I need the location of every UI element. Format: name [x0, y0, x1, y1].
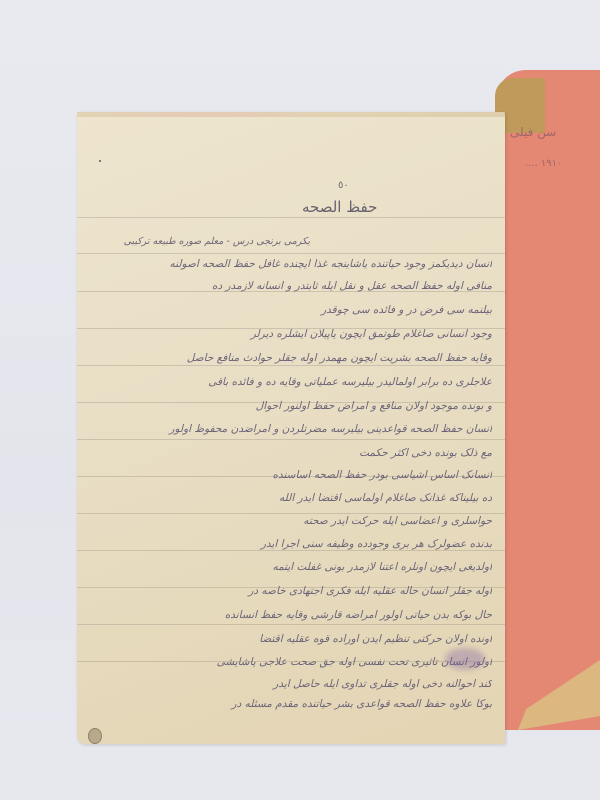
text-line: وقایه حفظ الصحه بشریت ایچون مهمدر اوله ج…	[82, 352, 492, 364]
text-line: بدنده عضولرک هر بری وجودده وظیفه سنی اجر…	[82, 538, 492, 550]
subtitle-line: یکرمی برنجی درس - معلم صوره طبیعه ترکیبی	[110, 236, 310, 247]
text-line: منافی اوله حفظ الصحه عقل و نقل ایله ثابت…	[82, 280, 492, 292]
ruled-line	[77, 365, 505, 366]
ruled-line	[77, 513, 505, 514]
text-line: بوکا علاوه حفظ الصحه قواعدی بشر حیاتنده …	[82, 698, 492, 710]
worn-corner	[88, 728, 102, 744]
text-line: اولور انسان تاثیری تحت نفسی اوله جق صحت …	[82, 656, 492, 668]
text-line: کند احوالنه دخی اوله جقلری تداوی ایله حا…	[82, 678, 492, 690]
text-line: حواسلری و اعضاسی ایله حرکت ایدر صحته	[82, 515, 492, 527]
ink-stain	[445, 648, 485, 670]
text-line: اوله جقلر انسان حاله عقلیه ایله فکری اجت…	[82, 585, 492, 597]
ink-dot	[99, 160, 101, 162]
text-line: انسانک اساس اشیاسی بودر حفظ الصحه اساسند…	[82, 469, 492, 481]
text-line: انسان حفظ الصحه قواعدینی بیلیرسه مضرتلرد…	[82, 423, 492, 435]
text-line: علاجلری ده برابر اولمالیدر بیلیرسه عملیا…	[82, 376, 492, 388]
ruled-line	[77, 439, 505, 440]
text-line: بیلنمه سی فرض در و فائده سی چوقدر	[170, 304, 492, 316]
text-line: مع ذلک بونده دخی اکثر حکمت	[250, 447, 492, 459]
cover-note: سن فیلی	[510, 125, 556, 139]
ruled-line	[77, 253, 505, 254]
text-line: حال بوکه بدن حیاتی اولور امراضه قارشی وق…	[82, 609, 492, 621]
text-line: ده بیلیناکه غذانک صاغلام اولماسی اقتضا ا…	[82, 492, 492, 504]
page-title: حفظ الصحه	[302, 198, 377, 216]
page-number: ٥٠	[338, 180, 349, 191]
ruled-line	[77, 550, 505, 551]
cover-note-2: ۱۹۱۰ ....	[525, 158, 562, 169]
text-line: اونده اولان حرکتی تنظیم ایدن اوراده قوه …	[82, 633, 492, 645]
pink-cover	[496, 70, 600, 730]
text-line: و بونده موجود اولان منافع و امراض حفظ او…	[82, 400, 492, 412]
text-line: وجود انسانی صاغلام طوتمق ایچون یاپیلان ا…	[200, 328, 492, 340]
ruled-line	[77, 624, 505, 625]
text-line: انسان دیدیکمز وجود حیاتنده یاشاینجه غذا …	[82, 258, 492, 270]
ruled-line	[77, 217, 505, 218]
text-line: اولدیغی ایچون اونلره اعتنا لازمدر بونی غ…	[82, 561, 492, 573]
